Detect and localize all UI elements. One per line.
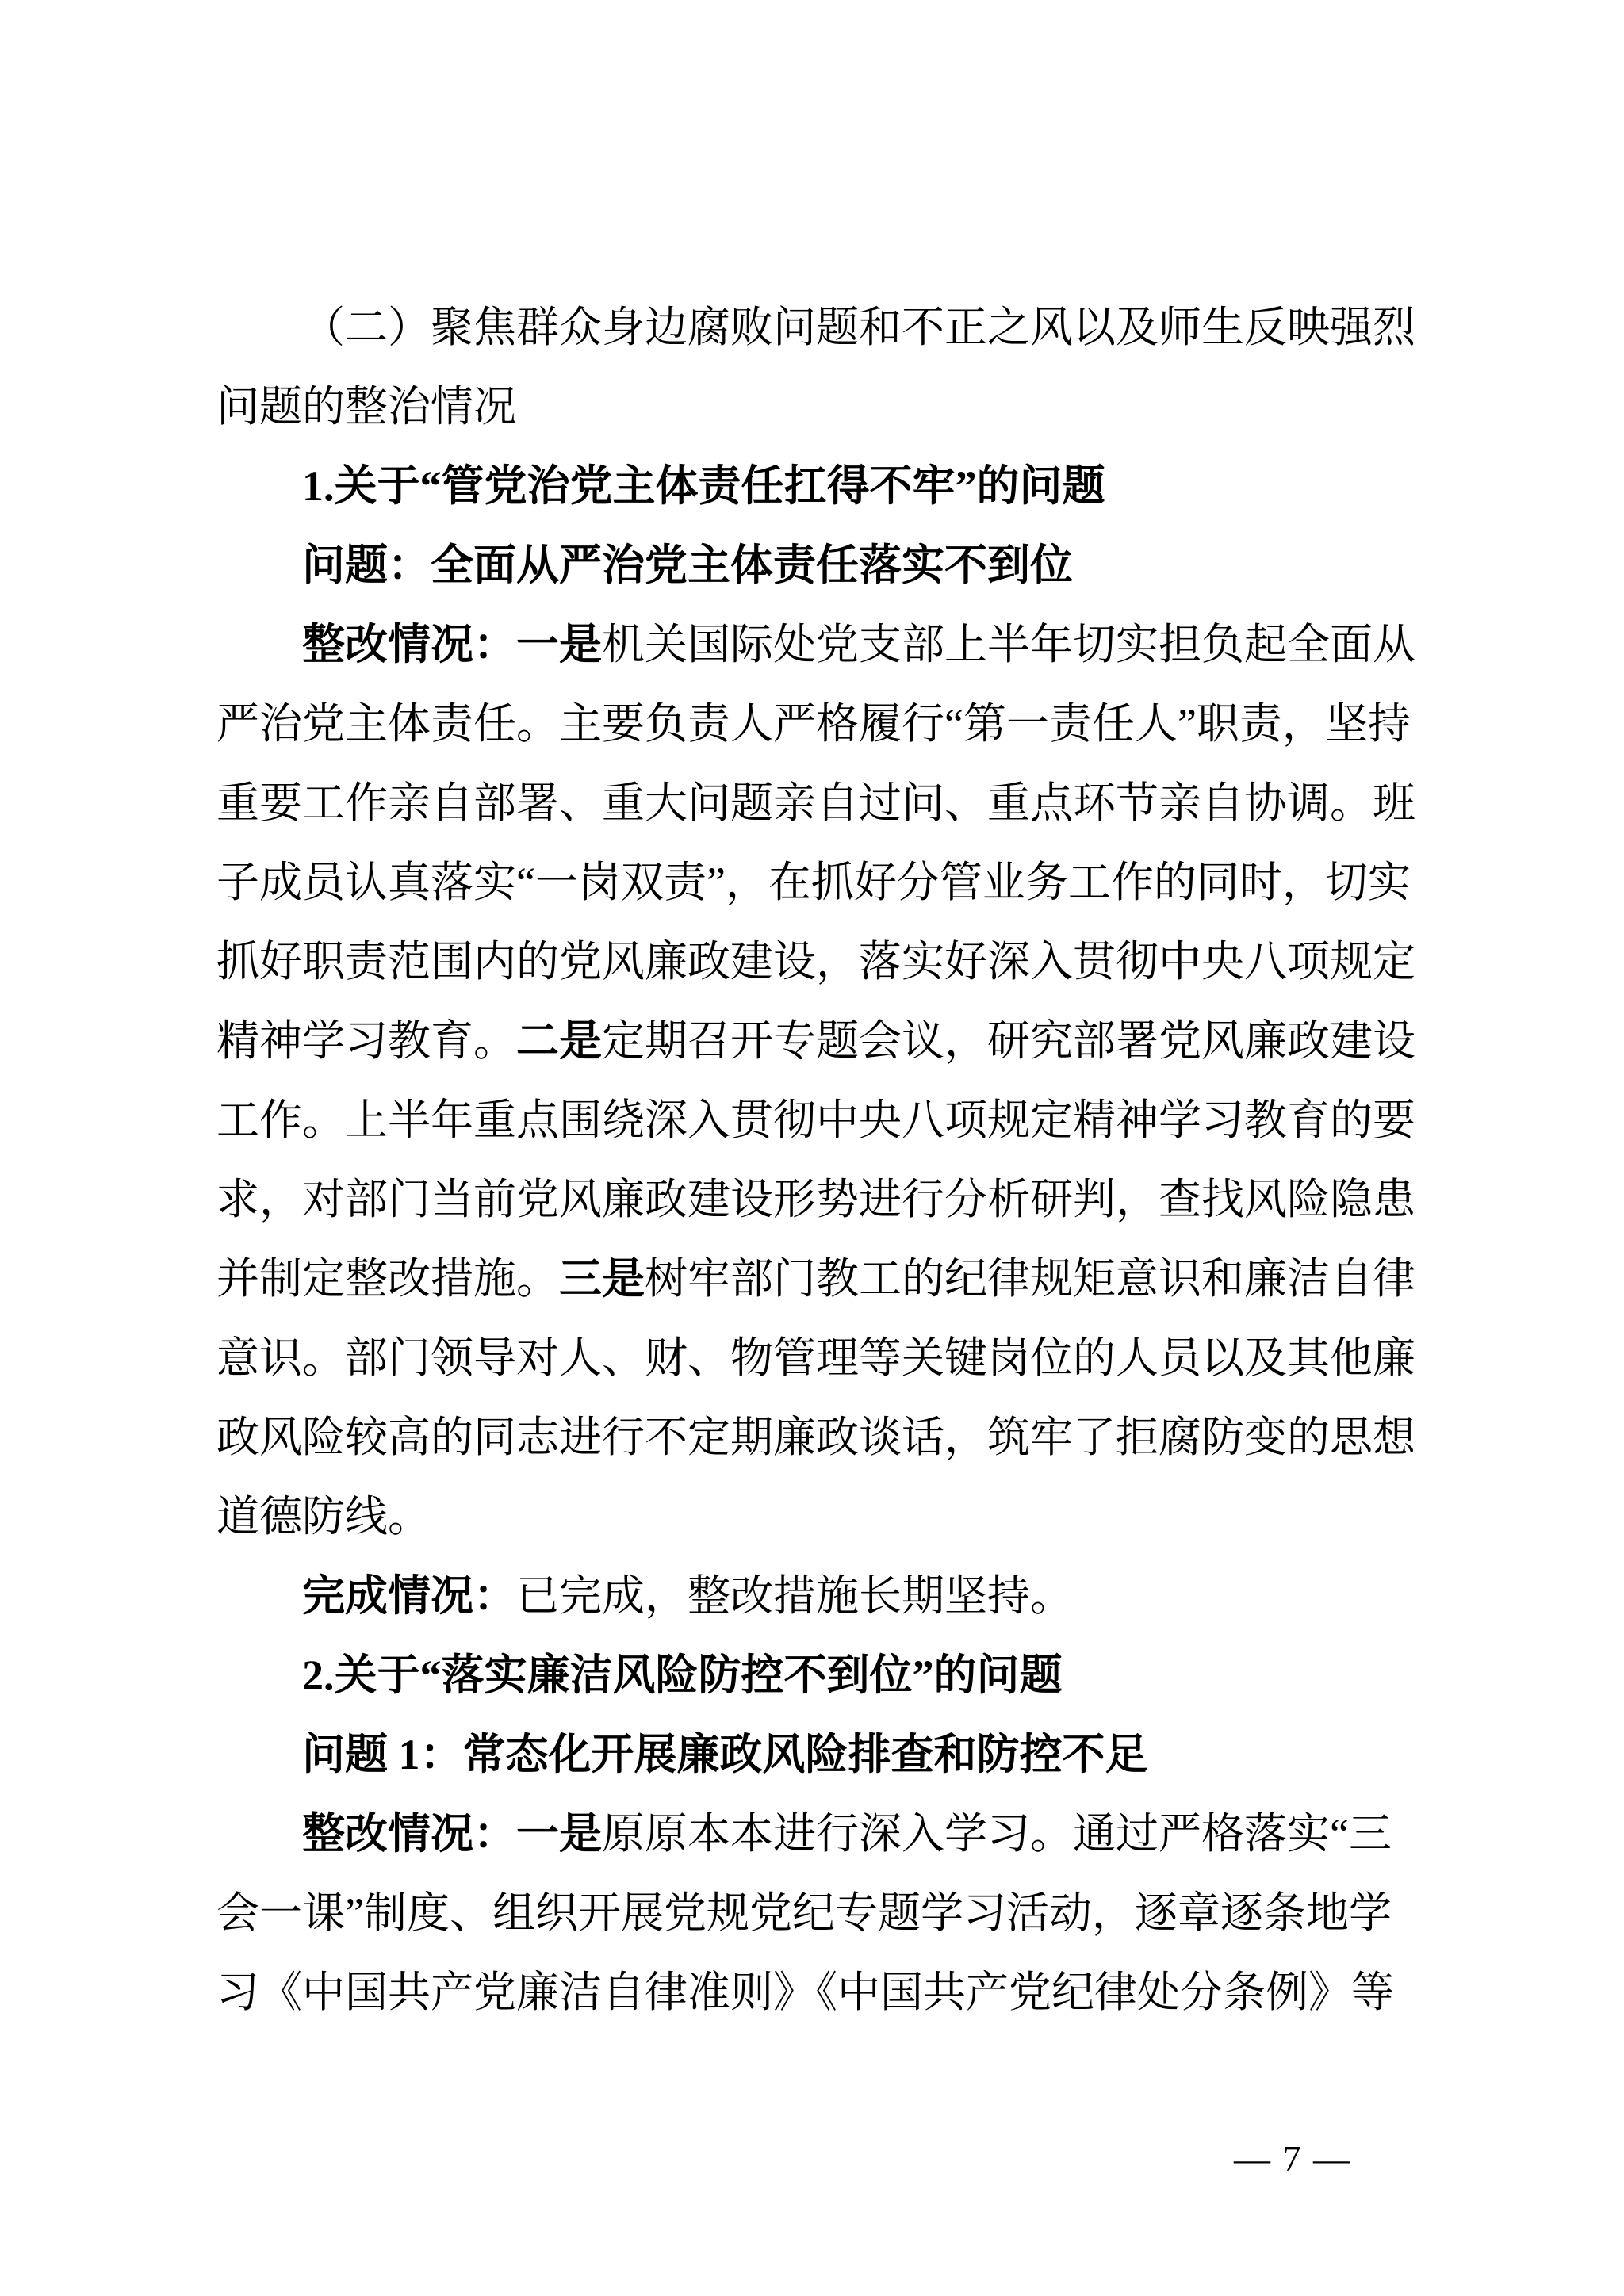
text-run: 抓好职责范围内的党风廉政建设，落实好深入贯彻中央八项规定 <box>216 938 1415 985</box>
text-line: 道德防线。 <box>216 1477 1454 1556</box>
text-run: 重要工作亲自部署、重大问题亲自过问、重点环节亲自协调。班 <box>216 779 1415 827</box>
text-run: （二）聚焦群众身边腐败问题和不正之风以及师生反映强烈 <box>302 304 1415 351</box>
section-heading-line: 问题的整治情况 <box>216 367 1454 446</box>
text-run: 问题的整治情况 <box>216 383 516 430</box>
bold-text-run: 二是 <box>516 1017 602 1065</box>
text-run: 并制定整改措施。 <box>216 1255 559 1303</box>
text-line: 抓好职责范围内的党风廉政建设，落实好深入贯彻中央八项规定 <box>216 922 1454 1001</box>
text-run: 求，对部门当前党风廉政建设形势进行分析研判，查找风险隐患 <box>216 1176 1415 1223</box>
bold-text-run: 完成情况： <box>302 1572 516 1620</box>
section-heading-line: （二）聚焦群众身边腐败问题和不正之风以及师生反映强烈 <box>216 288 1454 367</box>
text-run: 原原本本进行深入学习。通过严格落实“三 <box>602 1810 1392 1858</box>
text-run: 习《中国共产党廉洁自律准则》《中国共产党纪律处分条例》等 <box>216 1969 1394 2016</box>
bold-text-run: 问题 1：常态化开展廉政风险排查和防控不足 <box>302 1731 1148 1778</box>
text-run: 机关国际处党支部上半年切实担负起全面从 <box>602 621 1415 668</box>
text-line: 求，对部门当前党风廉政建设形势进行分析研判，查找风险隐患 <box>216 1160 1454 1239</box>
text-line: 1.关于“管党治党主体责任扛得不牢”的问题 <box>216 446 1454 526</box>
text-run: 严治党主体责任。主要负责人严格履行“第一责任人”职责，坚持 <box>216 700 1411 748</box>
text-line: 子成员认真落实“一岗双责”，在抓好分管业务工作的同时，切实 <box>216 843 1454 922</box>
bold-text-run: 三是 <box>559 1255 645 1303</box>
text-line: 习《中国共产党廉洁自律准则》《中国共产党纪律处分条例》等 <box>216 1953 1454 2032</box>
text-line: 工作。上半年重点围绕深入贯彻中央八项规定精神学习教育的要 <box>216 1081 1454 1160</box>
bold-text-run: 问题：全面从严治党主体责任落实不到位 <box>302 541 1073 589</box>
bold-text-run: 2.关于“落实廉洁风险防控不到位”的问题 <box>302 1651 1063 1699</box>
text-line: 严治党主体责任。主要负责人严格履行“第一责任人”职责，坚持 <box>216 684 1454 763</box>
text-line: 问题：全面从严治党主体责任落实不到位 <box>216 526 1454 605</box>
text-line: 精神学习教育。二是定期召开专题会议，研究部署党风廉政建设 <box>216 1001 1454 1081</box>
text-run: 子成员认真落实“一岗双责”，在抓好分管业务工作的同时，切实 <box>216 859 1411 906</box>
text-run: 树牢部门教工的纪律规矩意识和廉洁自律 <box>645 1255 1415 1303</box>
text-line: 意识。部门领导对人、财、物管理等关键岗位的人员以及其他廉 <box>216 1318 1454 1398</box>
text-line: 2.关于“落实廉洁风险防控不到位”的问题 <box>216 1636 1454 1715</box>
text-line: 整改情况：一是原原本本进行深入学习。通过严格落实“三 <box>216 1794 1454 1873</box>
text-run: 会一课”制度、组织开展党规党纪专题学习活动，逐章逐条地学 <box>216 1889 1392 1937</box>
text-line: 完成情况：已完成，整改措施长期坚持。 <box>216 1556 1454 1636</box>
text-run: 精神学习教育。 <box>216 1017 516 1065</box>
bold-text-run: 整改情况：一是 <box>302 621 602 668</box>
document-body: （二）聚焦群众身边腐败问题和不正之风以及师生反映强烈问题的整治情况1.关于“管党… <box>216 288 1454 2032</box>
bold-text-run: 整改情况：一是 <box>302 1810 602 1858</box>
bold-text-run: 1.关于“管党治党主体责任扛得不牢”的问题 <box>302 462 1105 510</box>
text-line: 政风险较高的同志进行不定期廉政谈话，筑牢了拒腐防变的思想 <box>216 1398 1454 1477</box>
document-page: （二）聚焦群众身边腐败问题和不正之风以及师生反映强烈问题的整治情况1.关于“管党… <box>0 0 1624 2296</box>
text-line: 会一课”制度、组织开展党规党纪专题学习活动，逐章逐条地学 <box>216 1873 1454 1953</box>
text-run: 已完成，整改措施长期坚持。 <box>516 1572 1073 1620</box>
page-number: — 7 — <box>1234 2131 1351 2187</box>
text-line: 问题 1：常态化开展廉政风险排查和防控不足 <box>216 1715 1454 1794</box>
text-run: 政风险较高的同志进行不定期廉政谈话，筑牢了拒腐防变的思想 <box>216 1414 1415 1461</box>
text-run: 定期召开专题会议，研究部署党风廉政建设 <box>602 1017 1415 1065</box>
text-line: 重要工作亲自部署、重大问题亲自过问、重点环节亲自协调。班 <box>216 763 1454 843</box>
text-line: 整改情况：一是机关国际处党支部上半年切实担负起全面从 <box>216 605 1454 684</box>
text-run: 道德防线。 <box>216 1493 431 1540</box>
text-run: 工作。上半年重点围绕深入贯彻中央八项规定精神学习教育的要 <box>216 1096 1415 1144</box>
text-line: 并制定整改措施。三是树牢部门教工的纪律规矩意识和廉洁自律 <box>216 1239 1454 1318</box>
text-run: 意识。部门领导对人、财、物管理等关键岗位的人员以及其他廉 <box>216 1334 1415 1382</box>
